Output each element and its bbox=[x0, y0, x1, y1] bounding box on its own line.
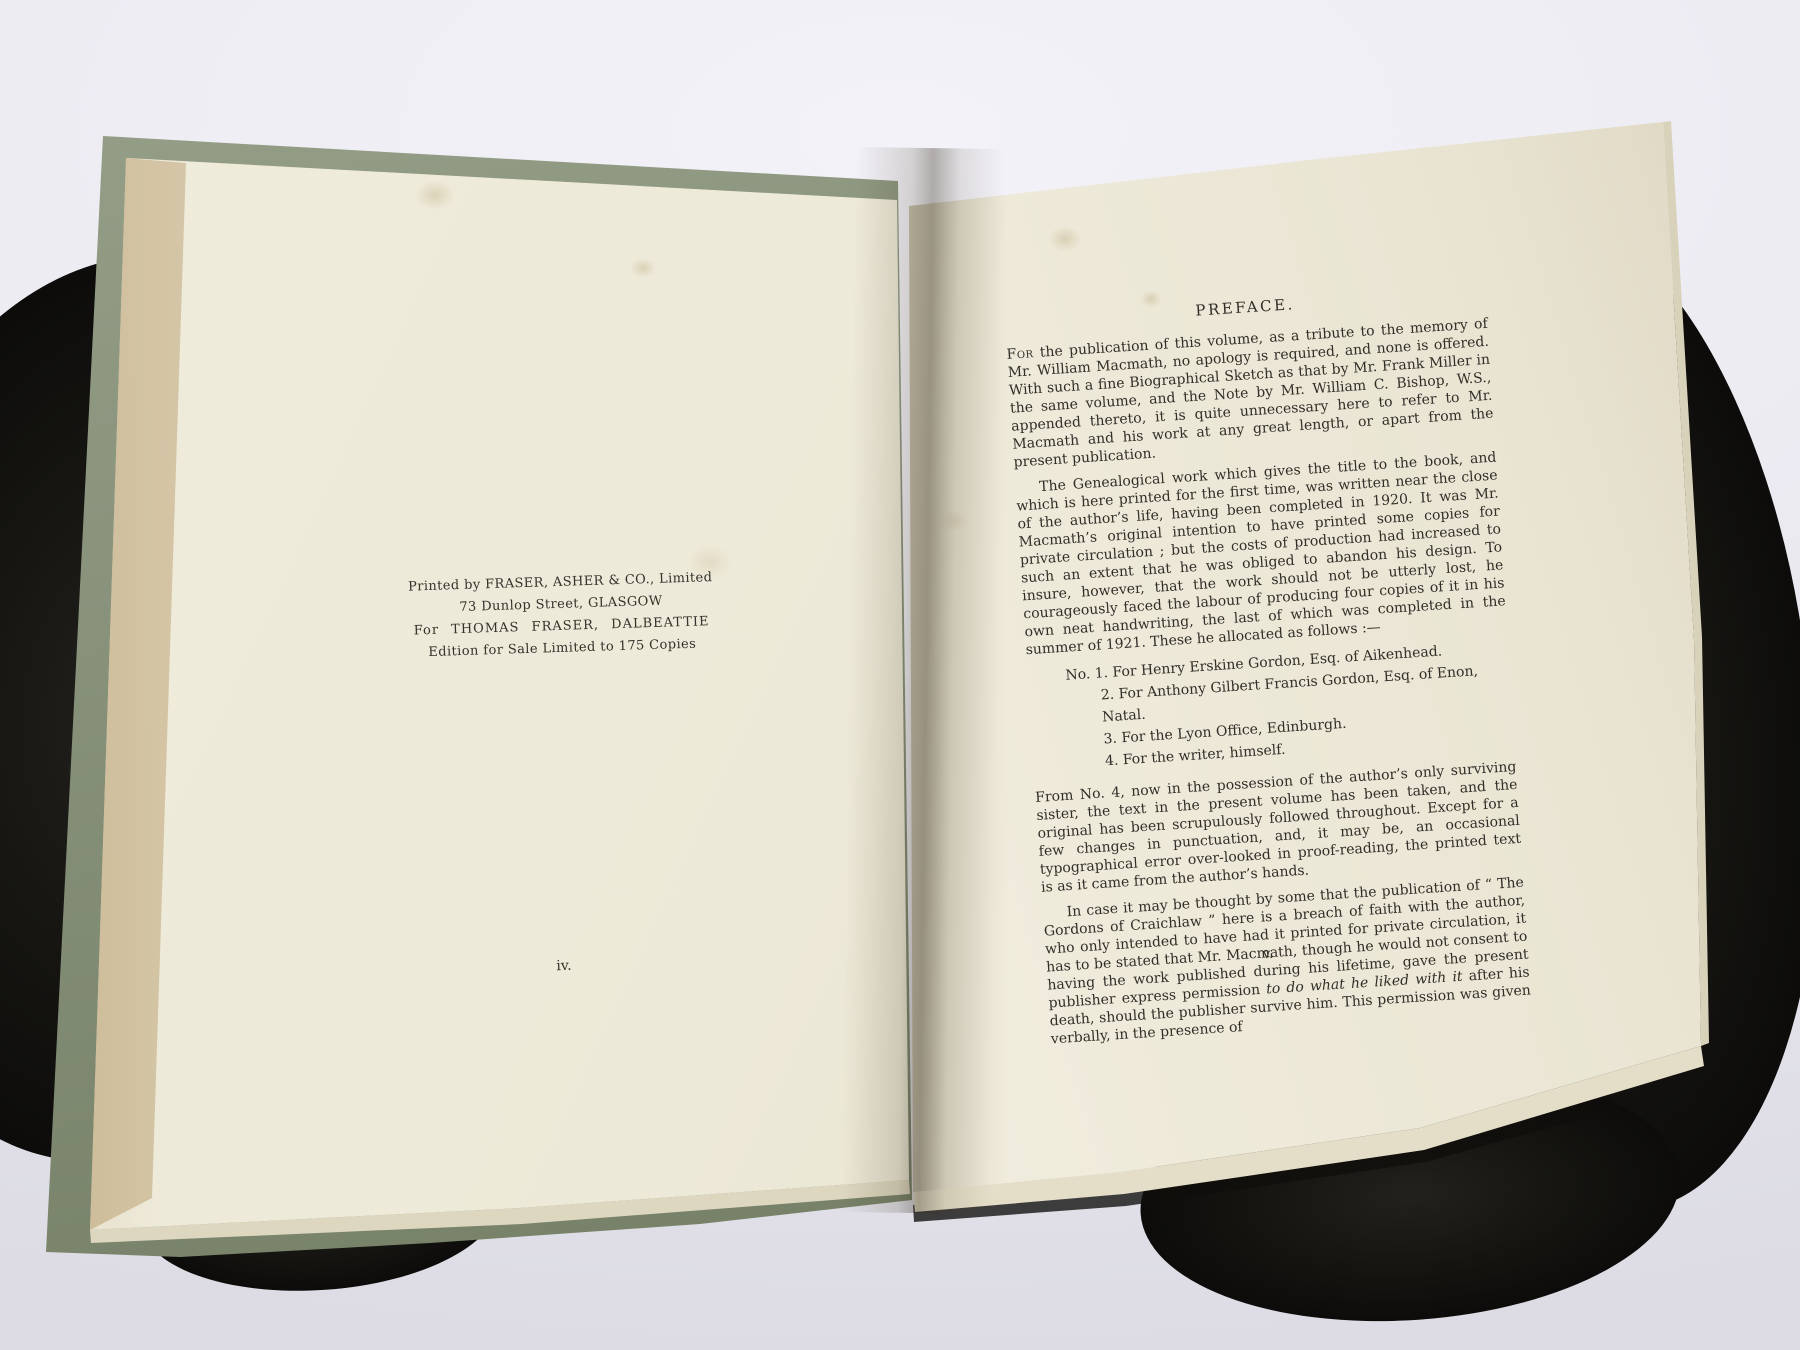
preface-text-block: PREFACE. For the publication of this vol… bbox=[1004, 283, 1533, 1057]
photo-of-open-book: Printed by FRASER, ASHER & CO., Limited … bbox=[0, 0, 1800, 1350]
preface-paragraph-3: From No. 4, now in the possession of the… bbox=[1035, 758, 1523, 897]
preface-paragraph-2: The Genealogical work which gives the ti… bbox=[1015, 449, 1508, 660]
foxing-stain bbox=[630, 258, 656, 278]
preface-paragraph-1: For the publication of this volume, as a… bbox=[1006, 315, 1495, 472]
printer-imprint: Printed by FRASER, ASHER & CO., Limited … bbox=[365, 566, 758, 666]
preface-paragraph-4: In case it may be thought by some that t… bbox=[1042, 874, 1532, 1049]
foxing-stain bbox=[940, 510, 968, 532]
allocation-list: No. 1. For Henry Erskine Gordon, Esq. of… bbox=[1065, 636, 1515, 774]
foxing-stain bbox=[415, 180, 455, 210]
foxing-stain bbox=[1048, 226, 1082, 252]
left-page-number: iv. bbox=[534, 957, 595, 975]
paragraph-text: the publication of this volume, as a tri… bbox=[1007, 316, 1494, 471]
lead-word: For bbox=[1006, 345, 1034, 363]
gutter-shadow bbox=[841, 147, 1006, 1214]
